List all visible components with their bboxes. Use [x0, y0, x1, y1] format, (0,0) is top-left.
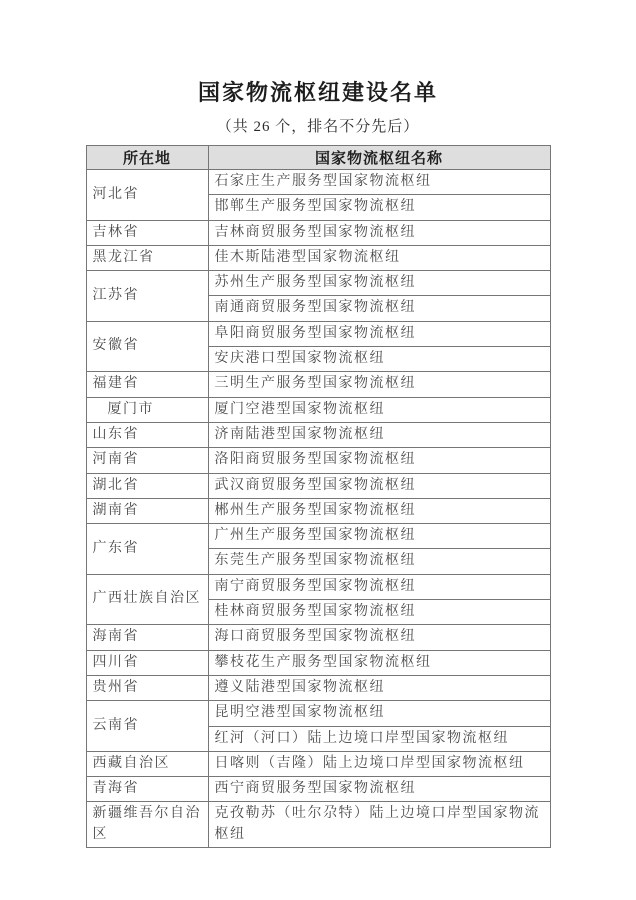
hub-cell: 桂林商贸服务型国家物流枢纽: [208, 600, 550, 625]
hub-cell: 南宁商贸服务型国家物流枢纽: [208, 574, 550, 599]
region-cell: 四川省: [86, 650, 208, 675]
region-cell: 贵州省: [86, 675, 208, 700]
table-row: 湖北省武汉商贸服务型国家物流枢纽: [86, 473, 550, 498]
region-cell: 安徽省: [86, 321, 208, 372]
hub-table: 所在地 国家物流枢纽名称 河北省石家庄生产服务型国家物流枢纽邯郸生产服务型国家物…: [86, 145, 551, 848]
hub-cell: 南通商贸服务型国家物流枢纽: [208, 296, 550, 321]
region-cell: 厦门市: [86, 397, 208, 422]
hub-cell: 石家庄生产服务型国家物流枢纽: [208, 170, 550, 195]
table-row: 黑龙江省佳木斯陆港型国家物流枢纽: [86, 245, 550, 270]
table-row: 青海省西宁商贸服务型国家物流枢纽: [86, 777, 550, 802]
table-row: 云南省昆明空港型国家物流枢纽: [86, 701, 550, 726]
table-row: 安徽省阜阳商贸服务型国家物流枢纽: [86, 321, 550, 346]
table-row: 广东省广州生产服务型国家物流枢纽: [86, 524, 550, 549]
region-cell: 广东省: [86, 524, 208, 575]
hub-cell: 洛阳商贸服务型国家物流枢纽: [208, 448, 550, 473]
table-row: 广西壮族自治区南宁商贸服务型国家物流枢纽: [86, 574, 550, 599]
region-cell: 湖南省: [86, 498, 208, 523]
table-row: 福建省三明生产服务型国家物流枢纽: [86, 372, 550, 397]
region-cell: 青海省: [86, 777, 208, 802]
hub-cell: 克孜勒苏（吐尔尕特）陆上边境口岸型国家物流枢纽: [208, 802, 550, 848]
region-cell: 河北省: [86, 170, 208, 221]
region-cell: 西藏自治区: [86, 751, 208, 776]
page-title: 国家物流枢纽建设名单: [0, 0, 636, 106]
hub-cell: 西宁商贸服务型国家物流枢纽: [208, 777, 550, 802]
hub-cell: 三明生产服务型国家物流枢纽: [208, 372, 550, 397]
hub-cell: 红河（河口）陆上边境口岸型国家物流枢纽: [208, 726, 550, 751]
header-region: 所在地: [86, 146, 208, 170]
table-row: 四川省攀枝花生产服务型国家物流枢纽: [86, 650, 550, 675]
document-page: 国家物流枢纽建设名单 （共 26 个，排名不分先后） 所在地 国家物流枢纽名称 …: [0, 0, 636, 900]
table-row: 山东省济南陆港型国家物流枢纽: [86, 422, 550, 447]
hub-cell: 东莞生产服务型国家物流枢纽: [208, 549, 550, 574]
region-cell: 黑龙江省: [86, 245, 208, 270]
hub-cell: 武汉商贸服务型国家物流枢纽: [208, 473, 550, 498]
table-row: 河北省石家庄生产服务型国家物流枢纽: [86, 170, 550, 195]
region-cell: 新疆维吾尔自治区: [86, 802, 208, 848]
hub-cell: 邯郸生产服务型国家物流枢纽: [208, 195, 550, 220]
hub-cell: 阜阳商贸服务型国家物流枢纽: [208, 321, 550, 346]
region-cell: 海南省: [86, 625, 208, 650]
table-row: 厦门市厦门空港型国家物流枢纽: [86, 397, 550, 422]
region-cell: 山东省: [86, 422, 208, 447]
table-row: 新疆维吾尔自治区克孜勒苏（吐尔尕特）陆上边境口岸型国家物流枢纽: [86, 802, 550, 848]
hub-cell: 日喀则（吉隆）陆上边境口岸型国家物流枢纽: [208, 751, 550, 776]
region-cell: 云南省: [86, 701, 208, 752]
region-cell: 福建省: [86, 372, 208, 397]
table-header: 所在地 国家物流枢纽名称: [86, 146, 550, 170]
hub-cell: 海口商贸服务型国家物流枢纽: [208, 625, 550, 650]
table-row: 海南省海口商贸服务型国家物流枢纽: [86, 625, 550, 650]
page-subtitle: （共 26 个，排名不分先后）: [0, 119, 636, 136]
table-row: 吉林省吉林商贸服务型国家物流枢纽: [86, 220, 550, 245]
hub-cell: 昆明空港型国家物流枢纽: [208, 701, 550, 726]
hub-cell: 安庆港口型国家物流枢纽: [208, 347, 550, 372]
hub-cell: 佳木斯陆港型国家物流枢纽: [208, 245, 550, 270]
region-cell: 河南省: [86, 448, 208, 473]
hub-cell: 吉林商贸服务型国家物流枢纽: [208, 220, 550, 245]
table-row: 贵州省遵义陆港型国家物流枢纽: [86, 675, 550, 700]
table-row: 河南省洛阳商贸服务型国家物流枢纽: [86, 448, 550, 473]
table-body: 河北省石家庄生产服务型国家物流枢纽邯郸生产服务型国家物流枢纽吉林省吉林商贸服务型…: [86, 170, 550, 848]
header-row: 所在地 国家物流枢纽名称: [86, 146, 550, 170]
table-row: 江苏省苏州生产服务型国家物流枢纽: [86, 271, 550, 296]
hub-cell: 广州生产服务型国家物流枢纽: [208, 524, 550, 549]
hub-cell: 遵义陆港型国家物流枢纽: [208, 675, 550, 700]
header-hub-name: 国家物流枢纽名称: [208, 146, 550, 170]
table-row: 西藏自治区日喀则（吉隆）陆上边境口岸型国家物流枢纽: [86, 751, 550, 776]
region-cell: 广西壮族自治区: [86, 574, 208, 625]
region-cell: 吉林省: [86, 220, 208, 245]
region-cell: 湖北省: [86, 473, 208, 498]
hub-cell: 厦门空港型国家物流枢纽: [208, 397, 550, 422]
table-row: 湖南省郴州生产服务型国家物流枢纽: [86, 498, 550, 523]
region-cell: 江苏省: [86, 271, 208, 322]
hub-cell: 攀枝花生产服务型国家物流枢纽: [208, 650, 550, 675]
hub-cell: 苏州生产服务型国家物流枢纽: [208, 271, 550, 296]
hub-cell: 济南陆港型国家物流枢纽: [208, 422, 550, 447]
hub-cell: 郴州生产服务型国家物流枢纽: [208, 498, 550, 523]
